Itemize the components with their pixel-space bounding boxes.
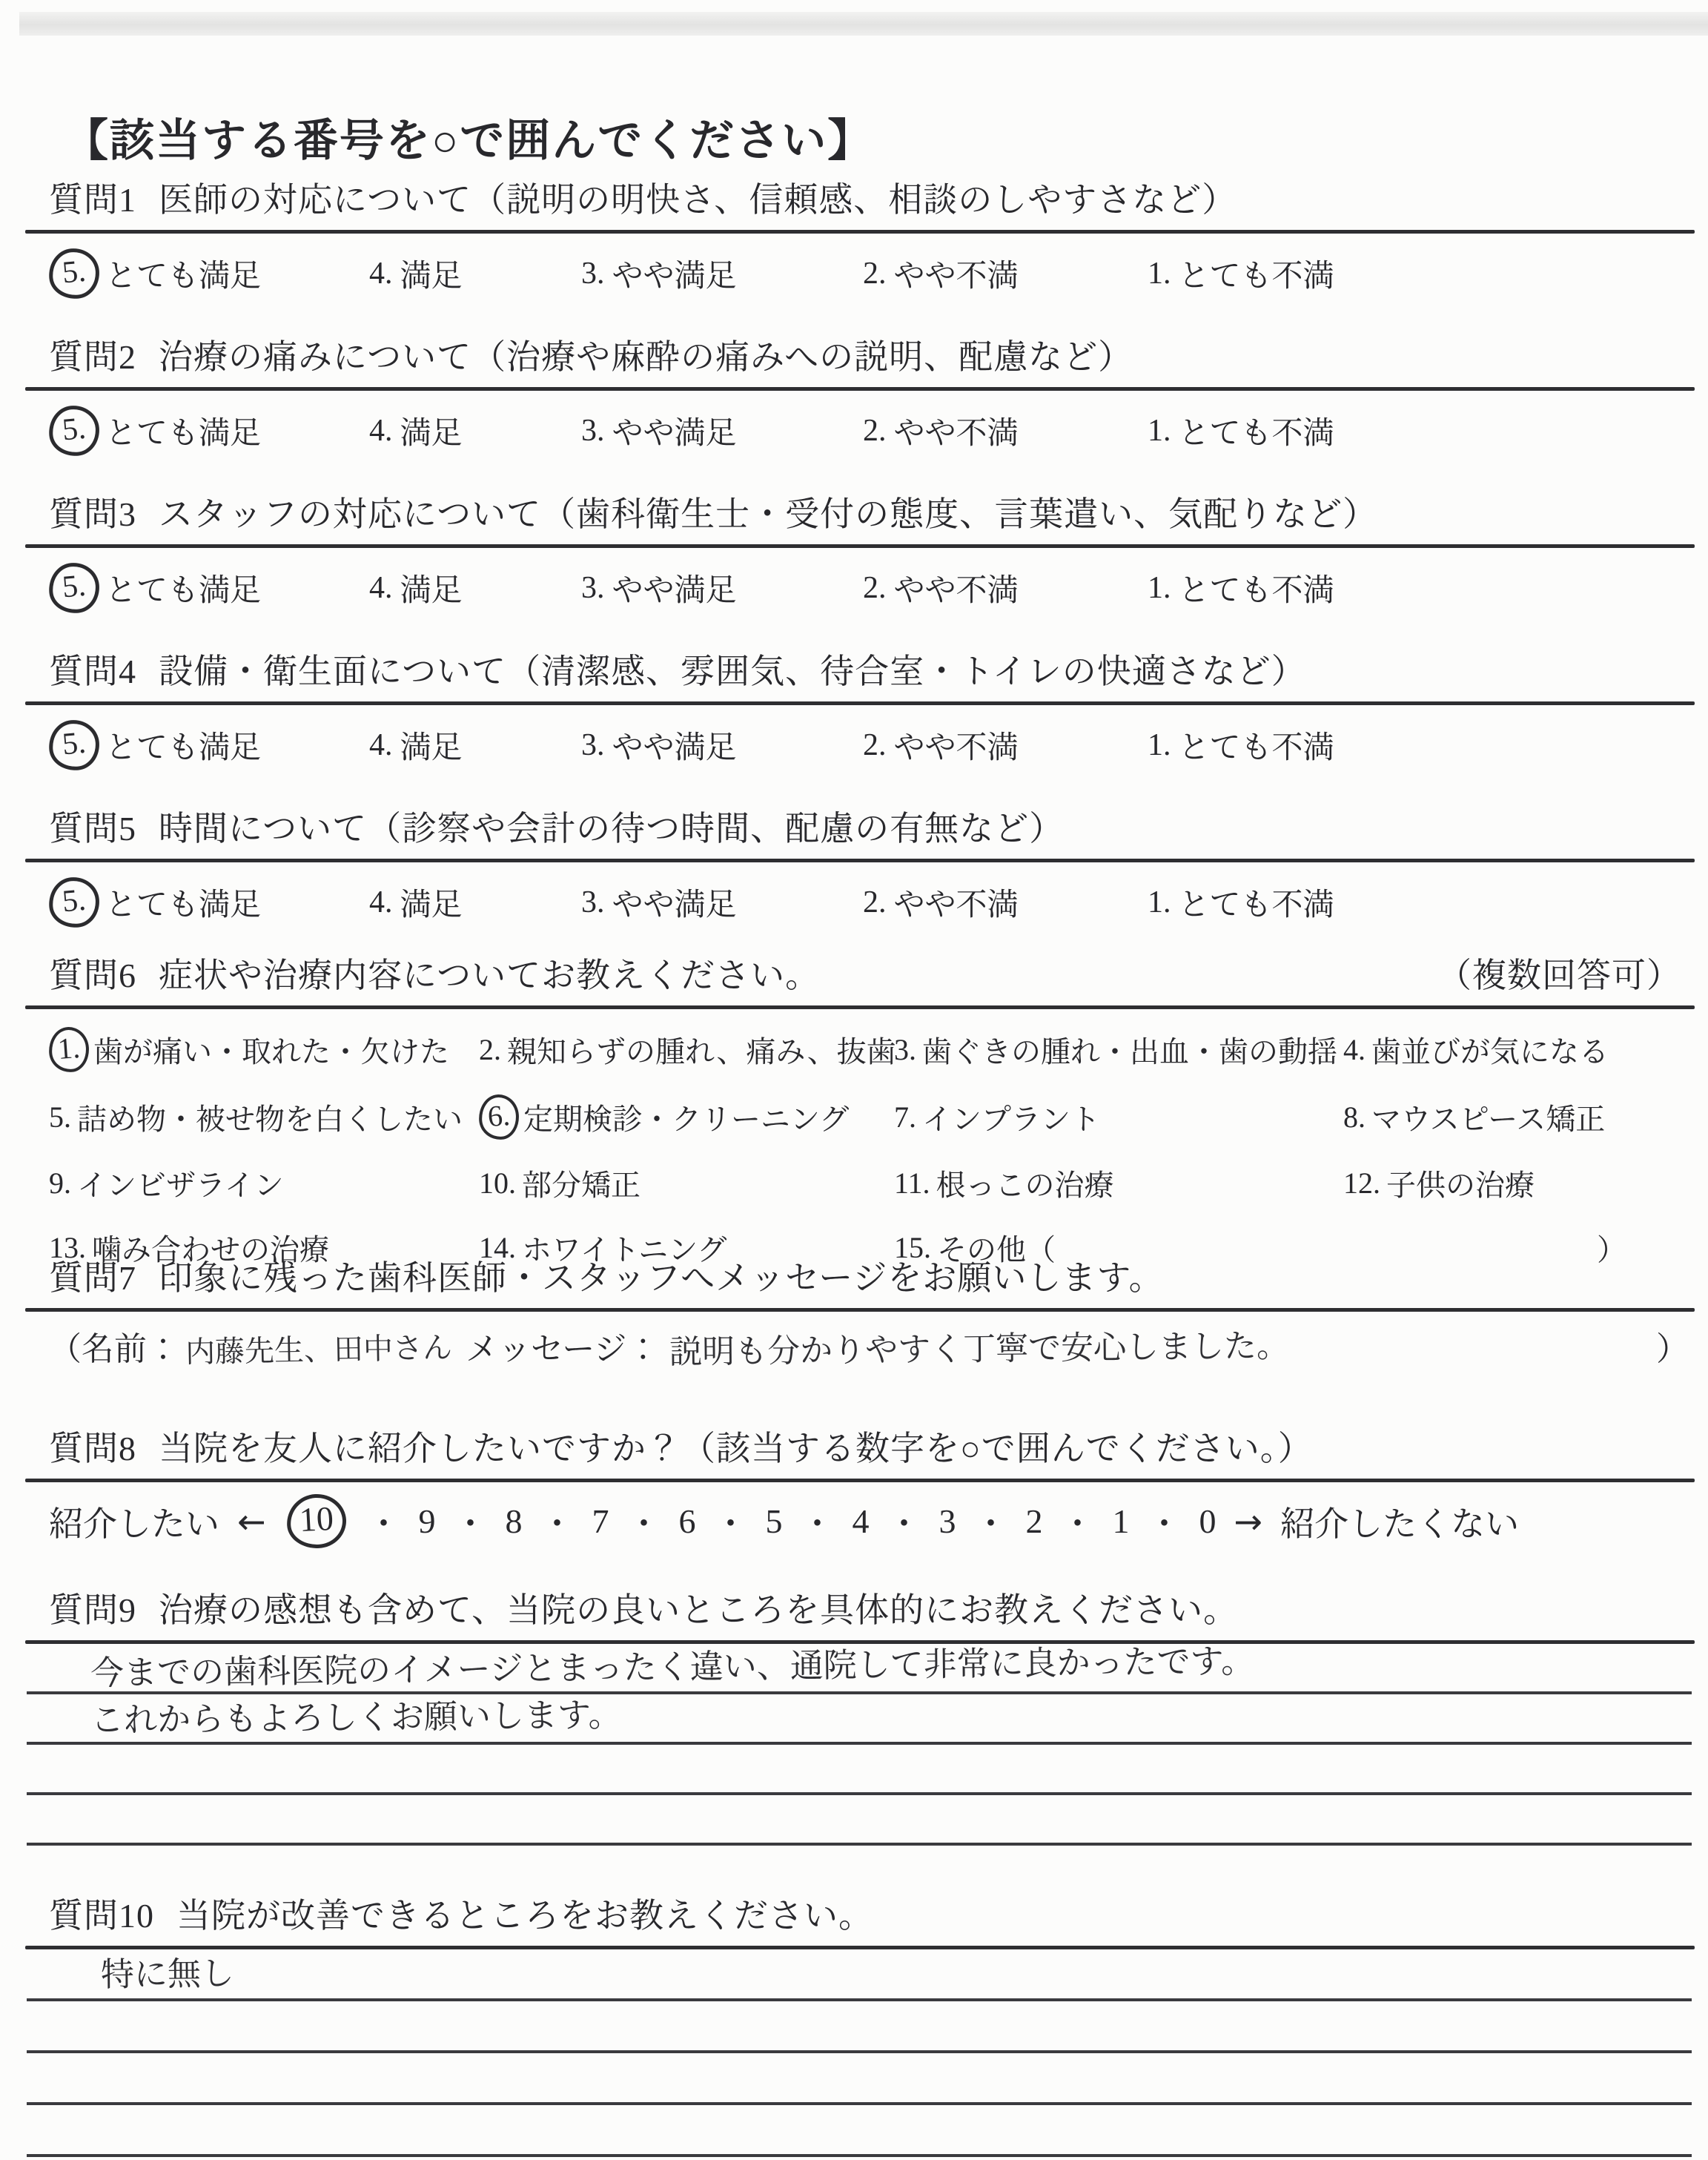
option-number: 10. xyxy=(479,1166,516,1200)
option-number: 3. xyxy=(581,256,605,291)
dot-separator: ・ xyxy=(714,1497,748,1546)
divider xyxy=(25,544,1695,548)
rating-option-3: 3. やや満足 xyxy=(581,723,863,767)
dot-separator: ・ xyxy=(801,1497,835,1546)
rating-option-5-selected: 5. とても満足 xyxy=(49,720,369,770)
rating-option-3: 3. やや満足 xyxy=(581,566,863,610)
divider xyxy=(25,387,1695,391)
scale-number-10-selected: 10 xyxy=(298,1499,334,1539)
option-label: とても不満 xyxy=(1179,880,1334,925)
handwritten-answer xyxy=(27,2047,101,2051)
handdrawn-circle-mark: 10 xyxy=(285,1493,348,1550)
handdrawn-circle-mark: 6. xyxy=(477,1093,520,1141)
handdrawn-circle-mark: 5. xyxy=(47,246,102,301)
question-1-options: 5. とても満足 4. 満足 3. やや満足 2. やや不満 1. とても不満 xyxy=(49,248,1689,299)
option-label: 子供の治療 xyxy=(1386,1162,1535,1204)
scale-right-label: 紹介したくない xyxy=(1280,1497,1519,1546)
question-2-options: 5. とても満足 4. 満足 3. やや満足 2. やや不満 1. とても不満 xyxy=(49,406,1689,456)
option-number: 3. xyxy=(581,570,605,606)
option-label: やや満足 xyxy=(612,566,737,610)
question-4-options: 5. とても満足 4. 満足 3. やや満足 2. やや不満 1. とても不満 xyxy=(49,720,1689,770)
arrow-right-icon: → xyxy=(1234,1502,1263,1542)
question-3: 質問3 スタッフの対応について（歯科衛生士・受付の態度、言葉遣い、気配りなど） … xyxy=(49,494,1689,613)
divider xyxy=(25,1005,1695,1009)
option-number: 3. xyxy=(581,413,605,449)
option-label: 部分矯正 xyxy=(522,1162,640,1204)
option-label: やや不満 xyxy=(894,723,1019,767)
message-field-label: メッセージ： xyxy=(466,1322,659,1370)
scale-number-9: 9 xyxy=(419,1502,436,1541)
scale-number-2: 2 xyxy=(1026,1502,1043,1541)
option-label: とても満足 xyxy=(105,409,261,453)
handdrawn-circle-mark: 1. xyxy=(47,1025,90,1074)
option-number: 5. xyxy=(49,1100,71,1135)
rating-option-5-selected: 5. とても満足 xyxy=(49,406,369,456)
option-number: 2. xyxy=(863,256,887,291)
option-label: 歯並びが気になる xyxy=(1371,1028,1609,1071)
question-2-text: 治療の痛みについて（治療や麻酔の痛みへの説明、配慮など） xyxy=(159,337,1133,378)
question-10: 質問10 当院が改善できるところをお教えください。 特に無し xyxy=(49,1895,1689,2157)
handdrawn-circle-mark: 5. xyxy=(47,403,102,458)
option-number: 4. xyxy=(1343,1032,1366,1067)
symptom-options: 1. 歯が痛い・取れた・欠けた 2. 親知らずの腫れ、痛み、抜歯 3. 歯ぐきの… xyxy=(49,1027,1689,1269)
option-label: 満足 xyxy=(400,251,463,296)
rating-option-2: 2. やや不満 xyxy=(863,723,1148,767)
answer-line-1: 今までの歯科医院のイメージとまったく違い、通院して非常に良かったです。 xyxy=(27,1644,1692,1694)
scan-artifact-band xyxy=(19,12,1708,36)
rating-option-2: 2. やや不満 xyxy=(863,566,1148,610)
question-6-heading: 質問6 症状や治療内容についてお教えください。 （複数回答可） xyxy=(49,955,1689,997)
option-number: 1. xyxy=(1148,413,1171,449)
symptom-option-12: 12. 子供の治療 xyxy=(1343,1162,1689,1204)
option-number: 8. xyxy=(1343,1100,1366,1135)
question-7-text: 印象に残った歯科医師・スタッフへメッセージをお願いします。 xyxy=(159,1258,1164,1299)
option-label: とても満足 xyxy=(105,723,261,767)
option-number: 4. xyxy=(369,570,393,606)
scale-number-7: 7 xyxy=(592,1502,609,1541)
divider xyxy=(25,701,1695,705)
option-label: 詰め物・被せ物を白くしたい xyxy=(77,1096,463,1138)
option-number: 11. xyxy=(894,1166,930,1200)
scale-number-8: 8 xyxy=(506,1502,523,1541)
option-number: 7. xyxy=(894,1100,916,1135)
rating-option-4: 4. 満足 xyxy=(369,251,581,296)
handwritten-message: 説明も分かりやすく丁寧で安心しました。 xyxy=(669,1319,1290,1373)
question-4-heading: 質問4 設備・衛生面について（清潔感、雰囲気、待合室・トイレの快適さなど） xyxy=(49,651,1689,693)
question-4-label: 質問4 xyxy=(49,651,136,693)
option-label: 満足 xyxy=(400,880,463,925)
option-label: とても満足 xyxy=(105,566,261,610)
question-5-label: 質問5 xyxy=(49,808,136,850)
question-7-label: 質問7 xyxy=(49,1258,136,1299)
handwritten-answer xyxy=(27,1840,90,1843)
question-5-options: 5. とても満足 4. 満足 3. やや満足 2. やや不満 1. とても不満 xyxy=(49,877,1689,928)
name-field-label: （名前： xyxy=(49,1322,179,1370)
rating-option-5-selected: 5. とても満足 xyxy=(49,248,369,299)
option-number: 2. xyxy=(479,1032,501,1067)
dot-separator: ・ xyxy=(454,1497,488,1546)
handdrawn-circle-mark: 5. xyxy=(47,875,102,930)
question-5: 質問5 時間について（診察や会計の待つ時間、配慮の有無など） 5. とても満足 … xyxy=(49,808,1689,928)
option-label: 満足 xyxy=(400,566,463,610)
handwritten-name: 内藤先生、田中さん xyxy=(185,1324,453,1371)
dental-survey-form: 【該当する番号を○で囲んでください】 質問1 医師の対応について（説明の明快さ、… xyxy=(0,0,1708,2160)
divider xyxy=(25,1308,1695,1312)
question-7-heading: 質問7 印象に残った歯科医師・スタッフへメッセージをお願いします。 xyxy=(49,1258,1689,1299)
option-label: インビザライン xyxy=(77,1162,284,1204)
option-label: 満足 xyxy=(400,409,463,453)
question-3-text: スタッフの対応について（歯科衛生士・受付の態度、言葉遣い、気配りなど） xyxy=(159,494,1377,535)
dot-separator: ・ xyxy=(367,1497,401,1546)
dot-separator: ・ xyxy=(1148,1497,1182,1546)
option-number: 1. xyxy=(56,1030,81,1066)
rating-option-2: 2. やや不満 xyxy=(863,409,1148,453)
answer-line-4 xyxy=(27,1795,1692,1846)
option-number: 4. xyxy=(369,413,393,449)
dot-separator: ・ xyxy=(887,1497,921,1546)
question-5-heading: 質問5 時間について（診察や会計の待つ時間、配慮の有無など） xyxy=(49,808,1689,850)
divider xyxy=(25,1479,1695,1482)
question-3-label: 質問3 xyxy=(49,494,136,535)
rating-option-3: 3. やや満足 xyxy=(581,880,863,925)
rating-option-2: 2. やや不満 xyxy=(863,880,1148,925)
option-number: 5. xyxy=(61,254,87,291)
handwritten-answer: これからもよろしくお願いします。 xyxy=(27,1694,622,1745)
rating-option-1: 1. とても不満 xyxy=(1148,251,1689,296)
rating-option-3: 3. やや満足 xyxy=(581,251,863,296)
divider xyxy=(25,230,1695,234)
symptom-option-4: 4. 歯並びが気になる xyxy=(1343,1028,1689,1071)
question-9-label: 質問9 xyxy=(49,1590,136,1631)
option-number: 3. xyxy=(581,885,605,920)
rating-option-5-selected: 5. とても満足 xyxy=(49,563,369,613)
option-label: マウスピース矯正 xyxy=(1371,1096,1605,1138)
rating-option-1: 1. とても不満 xyxy=(1148,566,1689,610)
divider xyxy=(25,859,1695,862)
option-label: やや満足 xyxy=(612,880,737,925)
question-2-label: 質問2 xyxy=(49,337,136,378)
handwritten-answer xyxy=(27,2099,101,2103)
question-5-text: 時間について（診察や会計の待つ時間、配慮の有無など） xyxy=(159,808,1064,850)
option-number: 2. xyxy=(863,413,887,449)
question-2: 質問2 治療の痛みについて（治療や麻酔の痛みへの説明、配慮など） 5. とても満… xyxy=(49,337,1689,456)
handwritten-answer: 今までの歯科医院のイメージとまったく違い、通院して非常に良かったです。 xyxy=(27,1644,1254,1694)
question-2-heading: 質問2 治療の痛みについて（治療や麻酔の痛みへの説明、配慮など） xyxy=(49,337,1689,378)
rating-option-4: 4. 満足 xyxy=(369,409,581,453)
question-9: 質問9 治療の感想も含めて、当院の良いところを具体的にお教えください。 今までの… xyxy=(49,1590,1689,1846)
symptom-option-2: 2. 親知らずの腫れ、痛み、抜歯 xyxy=(479,1028,894,1071)
multiple-answers-note: （複数回答可） xyxy=(1437,955,1681,997)
symptom-option-8: 8. マウスピース矯正 xyxy=(1343,1096,1689,1138)
scale-number-6: 6 xyxy=(679,1502,696,1541)
rating-option-1: 1. とても不満 xyxy=(1148,723,1689,767)
option-number: 4. xyxy=(369,727,393,763)
option-label: 満足 xyxy=(400,723,463,767)
question-4: 質問4 設備・衛生面について（清潔感、雰囲気、待合室・トイレの快適さなど） 5.… xyxy=(49,651,1689,770)
dot-separator: ・ xyxy=(974,1497,1008,1546)
question-6-label: 質問6 xyxy=(49,955,136,997)
symptom-option-10: 10. 部分矯正 xyxy=(479,1162,894,1204)
option-number: 6. xyxy=(486,1097,511,1134)
option-number: 3. xyxy=(894,1032,916,1067)
question-9-heading: 質問9 治療の感想も含めて、当院の良いところを具体的にお教えください。 xyxy=(49,1590,1689,1631)
recommend-scale: 紹介したい ← 10 ・ 9 ・ 8 ・ 7 ・ 6 ・ 5 ・ 4 ・ 3 ・… xyxy=(49,1494,1689,1548)
question-4-text: 設備・衛生面について（清潔感、雰囲気、待合室・トイレの快適さなど） xyxy=(159,651,1306,693)
rating-option-4: 4. 満足 xyxy=(369,723,581,767)
option-label: やや不満 xyxy=(894,409,1019,453)
handdrawn-circle-mark: 5. xyxy=(47,718,102,773)
option-number: 9. xyxy=(49,1166,71,1200)
rating-option-4: 4. 満足 xyxy=(369,566,581,610)
option-number: 1. xyxy=(1148,256,1171,291)
symptom-option-7: 7. インプラント xyxy=(894,1096,1343,1138)
option-label: インプラント xyxy=(922,1096,1100,1138)
rating-option-3: 3. やや満足 xyxy=(581,409,863,453)
question-8-text: 当院を友人に紹介したいですか？（該当する数字を○で囲んでください。） xyxy=(159,1428,1313,1470)
scale-number-5: 5 xyxy=(766,1502,783,1541)
handwritten-answer xyxy=(27,2151,101,2155)
option-label: 親知らずの腫れ、痛み、抜歯 xyxy=(507,1028,896,1071)
question-8-label: 質問8 xyxy=(49,1428,136,1470)
option-label: やや不満 xyxy=(894,251,1019,296)
option-label: とても不満 xyxy=(1179,723,1334,767)
option-number: 2. xyxy=(863,727,887,763)
option-label: 根っこの治療 xyxy=(936,1162,1114,1204)
symptom-option-3: 3. 歯ぐきの腫れ・出血・歯の動揺 xyxy=(894,1028,1343,1071)
symptom-option-1-selected: 1. 歯が痛い・取れた・欠けた xyxy=(49,1027,479,1072)
option-label: とても満足 xyxy=(105,880,261,925)
symptom-option-11: 11. 根っこの治療 xyxy=(894,1162,1343,1204)
option-number: 4. xyxy=(369,885,393,920)
scale-number-4: 4 xyxy=(853,1502,870,1541)
question-9-text: 治療の感想も含めて、当院の良いところを具体的にお教えください。 xyxy=(159,1590,1238,1631)
question-8: 質問8 当院を友人に紹介したいですか？（該当する数字を○で囲んでください。） 紹… xyxy=(49,1428,1689,1548)
message-answer-row: （名前： 内藤先生、田中さん メッセージ： 説明も分かりやすく丁寧で安心しました… xyxy=(49,1322,1689,1370)
symptom-option-6-selected: 6. 定期検診・クリーニング xyxy=(479,1094,894,1140)
rating-option-1: 1. とても不満 xyxy=(1148,880,1689,925)
question-10-heading: 質問10 当院が改善できるところをお教えください。 xyxy=(49,1895,1689,1937)
question-6: 質問6 症状や治療内容についてお教えください。 （複数回答可） 1. 歯が痛い・… xyxy=(49,955,1689,1269)
option-label: 歯ぐきの腫れ・出血・歯の動揺 xyxy=(922,1028,1337,1071)
question-6-text: 症状や治療内容についてお教えください。 xyxy=(159,955,820,997)
option-label: やや不満 xyxy=(894,880,1019,925)
question-10-text: 当院が改善できるところをお教えください。 xyxy=(176,1895,873,1937)
rating-option-2: 2. やや不満 xyxy=(863,251,1148,296)
rating-option-4: 4. 満足 xyxy=(369,880,581,925)
option-number: 1. xyxy=(1148,570,1171,606)
question-10-label: 質問10 xyxy=(49,1895,154,1937)
scale-number-3: 3 xyxy=(939,1502,956,1541)
question-1-text: 医師の対応について（説明の明快さ、信頼感、相談のしやすさなど） xyxy=(159,179,1237,221)
answer-line-4 xyxy=(27,2105,1692,2157)
answer-line-3 xyxy=(27,1745,1692,1795)
scale-left-label: 紹介したい xyxy=(49,1497,219,1546)
option-label: やや不満 xyxy=(894,566,1019,610)
option-label: やや満足 xyxy=(612,251,737,296)
option-label: 定期検診・クリーニング xyxy=(523,1096,849,1138)
option-label: とても不満 xyxy=(1179,409,1334,453)
symptom-option-5: 5. 詰め物・被せ物を白くしたい xyxy=(49,1096,479,1138)
option-number: 2. xyxy=(863,885,887,920)
close-paren: ） xyxy=(1656,1322,1689,1370)
option-label: 歯が痛い・取れた・欠けた xyxy=(93,1028,449,1071)
question-7: 質問7 印象に残った歯科医師・スタッフへメッセージをお願いします。 （名前： 内… xyxy=(49,1258,1689,1370)
scale-number-1: 1 xyxy=(1113,1502,1130,1541)
option-label: とても満足 xyxy=(105,251,261,296)
option-number: 5. xyxy=(61,568,87,606)
scale-number-0: 0 xyxy=(1199,1502,1217,1541)
dot-separator: ・ xyxy=(540,1497,575,1546)
question-3-options: 5. とても満足 4. 満足 3. やや満足 2. やや不満 1. とても不満 xyxy=(49,563,1689,613)
option-number: 12. xyxy=(1343,1166,1380,1200)
handdrawn-circle-mark: 5. xyxy=(47,561,102,615)
option-label: とても不満 xyxy=(1179,566,1334,610)
question-3-heading: 質問3 スタッフの対応について（歯科衛生士・受付の態度、言葉遣い、気配りなど） xyxy=(49,494,1689,535)
option-number: 1. xyxy=(1148,727,1171,763)
option-number: 1. xyxy=(1148,885,1171,920)
option-label: やや満足 xyxy=(612,723,737,767)
arrow-left-icon: ← xyxy=(237,1502,266,1542)
answer-line-2 xyxy=(27,2001,1692,2053)
question-1-label: 質問1 xyxy=(49,179,136,221)
rating-option-1: 1. とても不満 xyxy=(1148,409,1689,453)
option-number: 5. xyxy=(61,725,87,763)
answer-line-1: 特に無し xyxy=(27,1949,1692,2001)
dot-separator: ・ xyxy=(1061,1497,1095,1546)
option-label: やや満足 xyxy=(612,409,737,453)
form-title: 【該当する番号を○で囲んでください】 xyxy=(64,105,873,169)
question-1-heading: 質問1 医師の対応について（説明の明快さ、信頼感、相談のしやすさなど） xyxy=(49,179,1689,221)
option-number: 3. xyxy=(581,727,605,763)
answer-line-2: これからもよろしくお願いします。 xyxy=(27,1694,1692,1745)
handwritten-answer xyxy=(27,1789,90,1793)
handwritten-answer: 特に無し xyxy=(27,1949,234,1999)
symptom-option-9: 9. インビザライン xyxy=(49,1162,479,1204)
answer-line-3 xyxy=(27,2053,1692,2105)
option-label: とても不満 xyxy=(1179,251,1334,296)
option-number: 2. xyxy=(863,570,887,606)
question-8-heading: 質問8 当院を友人に紹介したいですか？（該当する数字を○で囲んでください。） xyxy=(49,1428,1689,1470)
option-number: 4. xyxy=(369,256,393,291)
dot-separator: ・ xyxy=(627,1497,661,1546)
option-number: 5. xyxy=(61,411,87,449)
rating-option-5-selected: 5. とても満足 xyxy=(49,877,369,928)
question-1: 質問1 医師の対応について（説明の明快さ、信頼感、相談のしやすさなど） 5. と… xyxy=(49,179,1689,299)
option-number: 5. xyxy=(61,882,87,920)
